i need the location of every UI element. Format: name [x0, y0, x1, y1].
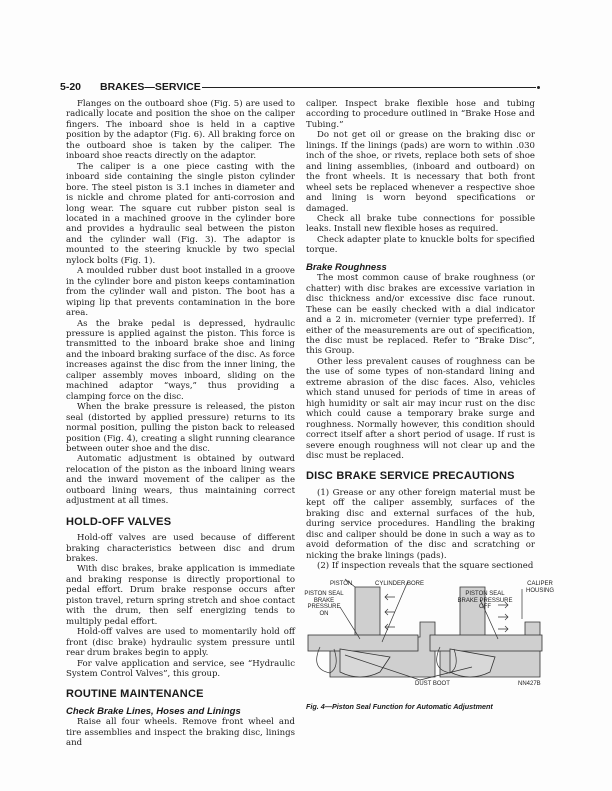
figure-piston-seal-diagram: PISTON CYLINDER BORE CALIPER HOUSING PIS… [300, 577, 565, 689]
paragraph: Hold-off valves are used because of diff… [66, 533, 295, 564]
label-seal-pressure-off: PISTON SEAL BRAKE PRESSURE OFF [455, 591, 515, 611]
paragraph: The most common cause of brake roughness… [306, 273, 535, 357]
label-dust-boot: DUST BOOT [415, 681, 450, 688]
heading-hold-off-valves: HOLD-OFF VALVES [66, 517, 295, 527]
paragraph: The caliper is a one piece casting with … [66, 162, 295, 267]
paragraph: (2) If inspection reveals that the squar… [306, 561, 535, 571]
page-number: 5-20 [60, 81, 100, 93]
left-column: Flanges on the outboard shoe (Fig. 5) ar… [66, 99, 295, 749]
paragraph: Automatic adjustment is obtained by outw… [66, 454, 295, 506]
header-rule [202, 87, 536, 88]
paragraph: caliper. Inspect brake flexible hose and… [306, 99, 535, 130]
header-bullet-icon [537, 86, 540, 89]
label-piston: PISTON [330, 581, 352, 588]
paragraph: Do not get oil or grease on the braking … [306, 130, 535, 214]
paragraph: With disc brakes, brake application is i… [66, 564, 295, 627]
right-column: caliper. Inspect brake flexible hose and… [306, 99, 535, 571]
paragraph: Hold-off valves are used to momentarily … [66, 627, 295, 658]
paragraph: Other less prevalent causes of roughness… [306, 357, 535, 462]
label-caliper-housing: CALIPER HOUSING [520, 581, 560, 594]
heading-routine-maintenance: ROUTINE MAINTENANCE [66, 689, 295, 699]
subheading-check-brake-lines: Check Brake Lines, Hoses and Linings [66, 707, 295, 717]
page-header: 5-20 BRAKES—SERVICE [60, 80, 540, 94]
paragraph: When the brake pressure is released, the… [66, 402, 295, 454]
heading-disc-brake-service-precautions: DISC BRAKE SERVICE PRECAUTIONS [306, 471, 535, 481]
label-cylinder-bore: CYLINDER BORE [375, 581, 424, 588]
paragraph: Flanges on the outboard shoe (Fig. 5) ar… [66, 99, 295, 162]
paragraph: A moulded rubber dust boot installed in … [66, 266, 295, 318]
subheading-brake-roughness: Brake Roughness [306, 263, 535, 273]
paragraph: Check all brake tube connections for pos… [306, 214, 535, 235]
paragraph: (1) Grease or any other foreign material… [306, 488, 535, 561]
paragraph: Check adapter plate to knuckle bolts for… [306, 235, 535, 256]
label-seal-pressure-on: PISTON SEAL BRAKE PRESSURE ON [304, 591, 344, 617]
paragraph: For valve application and service, see “… [66, 659, 295, 680]
section-title: BRAKES—SERVICE [100, 81, 201, 93]
paragraph: Raise all four wheels. Remove front whee… [66, 717, 295, 748]
paragraph: As the brake pedal is depressed, hydraul… [66, 319, 295, 403]
figure-caption: Fig. 4—Piston Seal Function for Automati… [306, 702, 546, 711]
figure-ref-code: NN427B [518, 681, 541, 688]
